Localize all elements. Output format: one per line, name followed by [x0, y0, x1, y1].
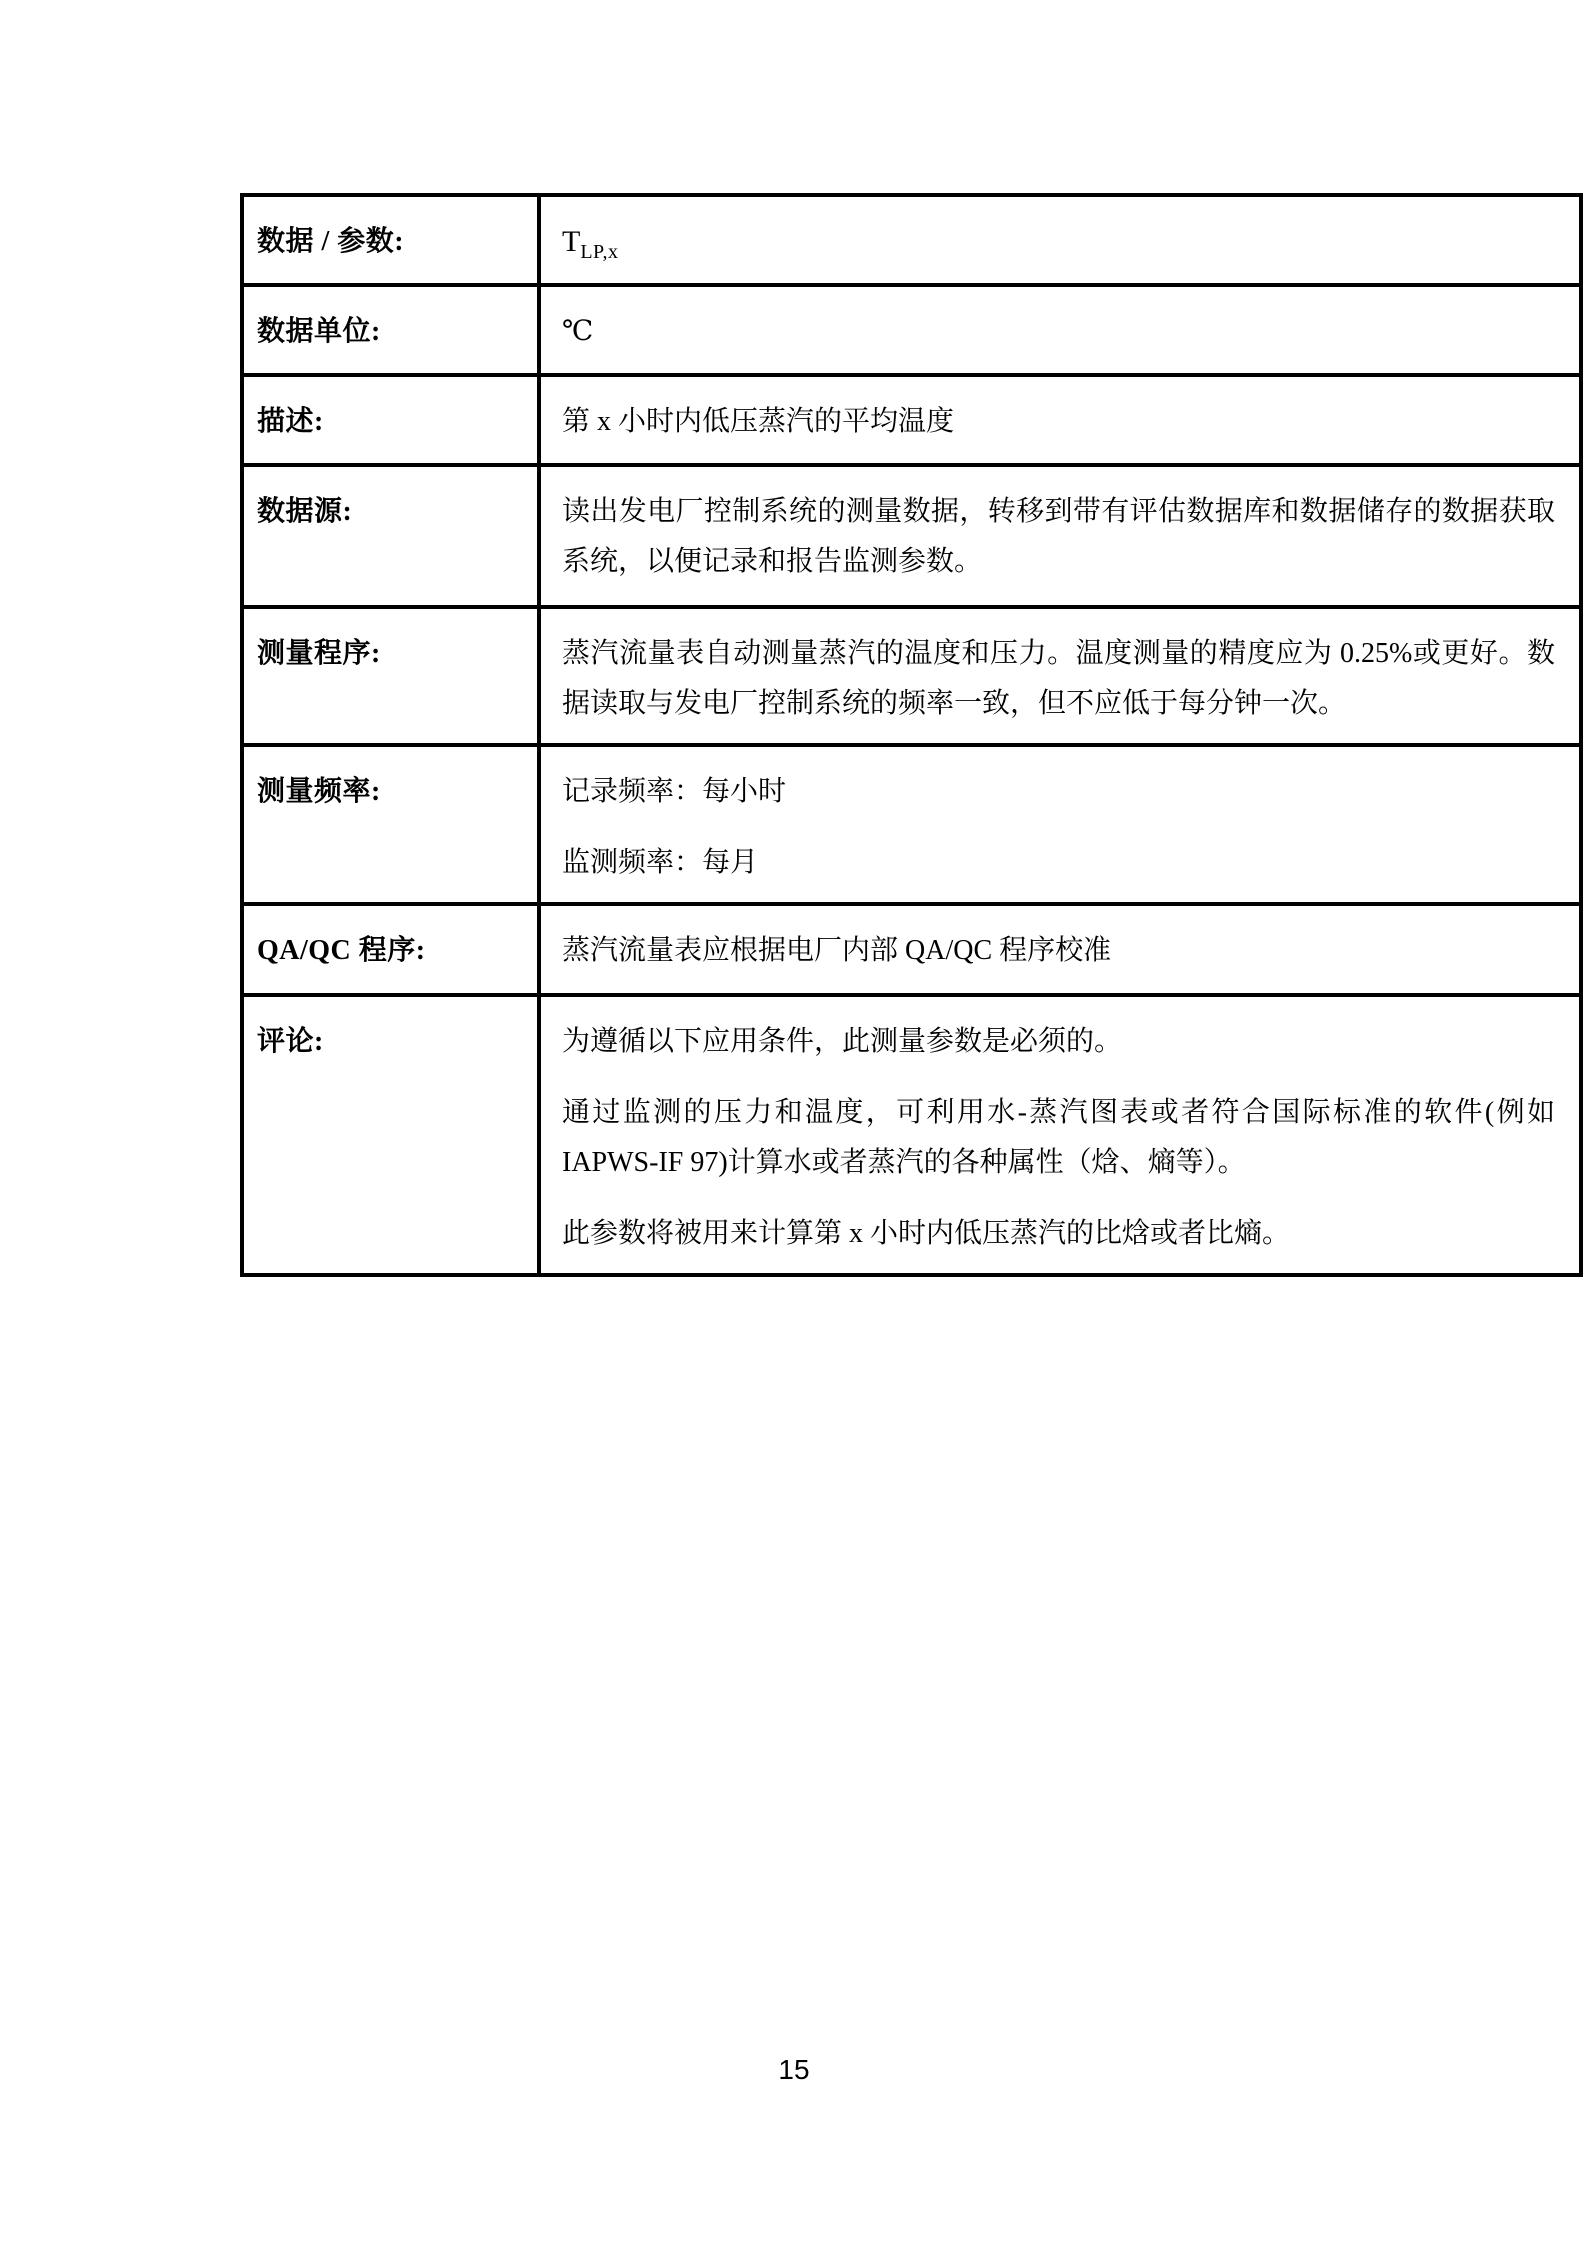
value-paragraph: 监测频率：每月 — [562, 838, 1555, 888]
value-paragraph: 蒸汽流量表自动测量蒸汽的温度和压力。温度测量的精度应为 0.25%或更好。数据读… — [562, 629, 1555, 729]
value-paragraph: 通过监测的压力和温度，可利用水-蒸汽图表或者符合国际标准的软件(例如 IAPWS… — [562, 1088, 1555, 1188]
parameter-symbol: TLP,x — [562, 225, 618, 258]
page-number: 15 — [0, 2054, 1588, 2086]
value-paragraph: 为遵循以下应用条件，此测量参数是必须的。 — [562, 1017, 1555, 1067]
value-paragraph: ℃ — [562, 307, 1555, 357]
row-label: 数据单位: — [242, 285, 539, 375]
parameter-table-body: 数据 / 参数:TLP,x数据单位:℃描述:第 x 小时内低压蒸汽的平均温度数据… — [242, 195, 1581, 1275]
table-row: 测量频率:记录频率：每小时监测频率：每月 — [242, 745, 1581, 904]
value-paragraph: 第 x 小时内低压蒸汽的平均温度 — [562, 397, 1555, 447]
table-row: 数据单位:℃ — [242, 285, 1581, 375]
table-row: QA/QC 程序:蒸汽流量表应根据电厂内部 QA/QC 程序校准 — [242, 904, 1581, 995]
row-value: 记录频率：每小时监测频率：每月 — [539, 745, 1581, 904]
row-label: QA/QC 程序: — [242, 904, 539, 995]
row-label: 测量频率: — [242, 745, 539, 904]
value-paragraph: 读出发电厂控制系统的测量数据，转移到带有评估数据库和数据储存的数据获取系统，以便… — [562, 487, 1555, 587]
table-row: 数据源:读出发电厂控制系统的测量数据，转移到带有评估数据库和数据储存的数据获取系… — [242, 465, 1581, 607]
table-row: 测量程序:蒸汽流量表自动测量蒸汽的温度和压力。温度测量的精度应为 0.25%或更… — [242, 607, 1581, 745]
row-value: 蒸汽流量表应根据电厂内部 QA/QC 程序校准 — [539, 904, 1581, 995]
table-row: 描述:第 x 小时内低压蒸汽的平均温度 — [242, 375, 1581, 465]
row-value: 蒸汽流量表自动测量蒸汽的温度和压力。温度测量的精度应为 0.25%或更好。数据读… — [539, 607, 1581, 745]
value-paragraph: 此参数将被用来计算第 x 小时内低压蒸汽的比焓或者比熵。 — [562, 1209, 1555, 1259]
row-value: 第 x 小时内低压蒸汽的平均温度 — [539, 375, 1581, 465]
row-value: 读出发电厂控制系统的测量数据，转移到带有评估数据库和数据储存的数据获取系统，以便… — [539, 465, 1581, 607]
row-label: 数据 / 参数: — [242, 195, 539, 285]
row-label: 测量程序: — [242, 607, 539, 745]
row-value: 为遵循以下应用条件，此测量参数是必须的。通过监测的压力和温度，可利用水-蒸汽图表… — [539, 995, 1581, 1275]
row-label: 评论: — [242, 995, 539, 1275]
row-value: ℃ — [539, 285, 1581, 375]
row-value: TLP,x — [539, 195, 1581, 285]
table-row: 数据 / 参数:TLP,x — [242, 195, 1581, 285]
row-label: 数据源: — [242, 465, 539, 607]
parameter-table: 数据 / 参数:TLP,x数据单位:℃描述:第 x 小时内低压蒸汽的平均温度数据… — [240, 193, 1583, 1277]
table-row: 评论:为遵循以下应用条件，此测量参数是必须的。通过监测的压力和温度，可利用水-蒸… — [242, 995, 1581, 1275]
value-paragraph: 记录频率：每小时 — [562, 767, 1555, 817]
value-paragraph: 蒸汽流量表应根据电厂内部 QA/QC 程序校准 — [562, 926, 1555, 976]
row-label: 描述: — [242, 375, 539, 465]
document-page: 数据 / 参数:TLP,x数据单位:℃描述:第 x 小时内低压蒸汽的平均温度数据… — [0, 0, 1588, 2245]
